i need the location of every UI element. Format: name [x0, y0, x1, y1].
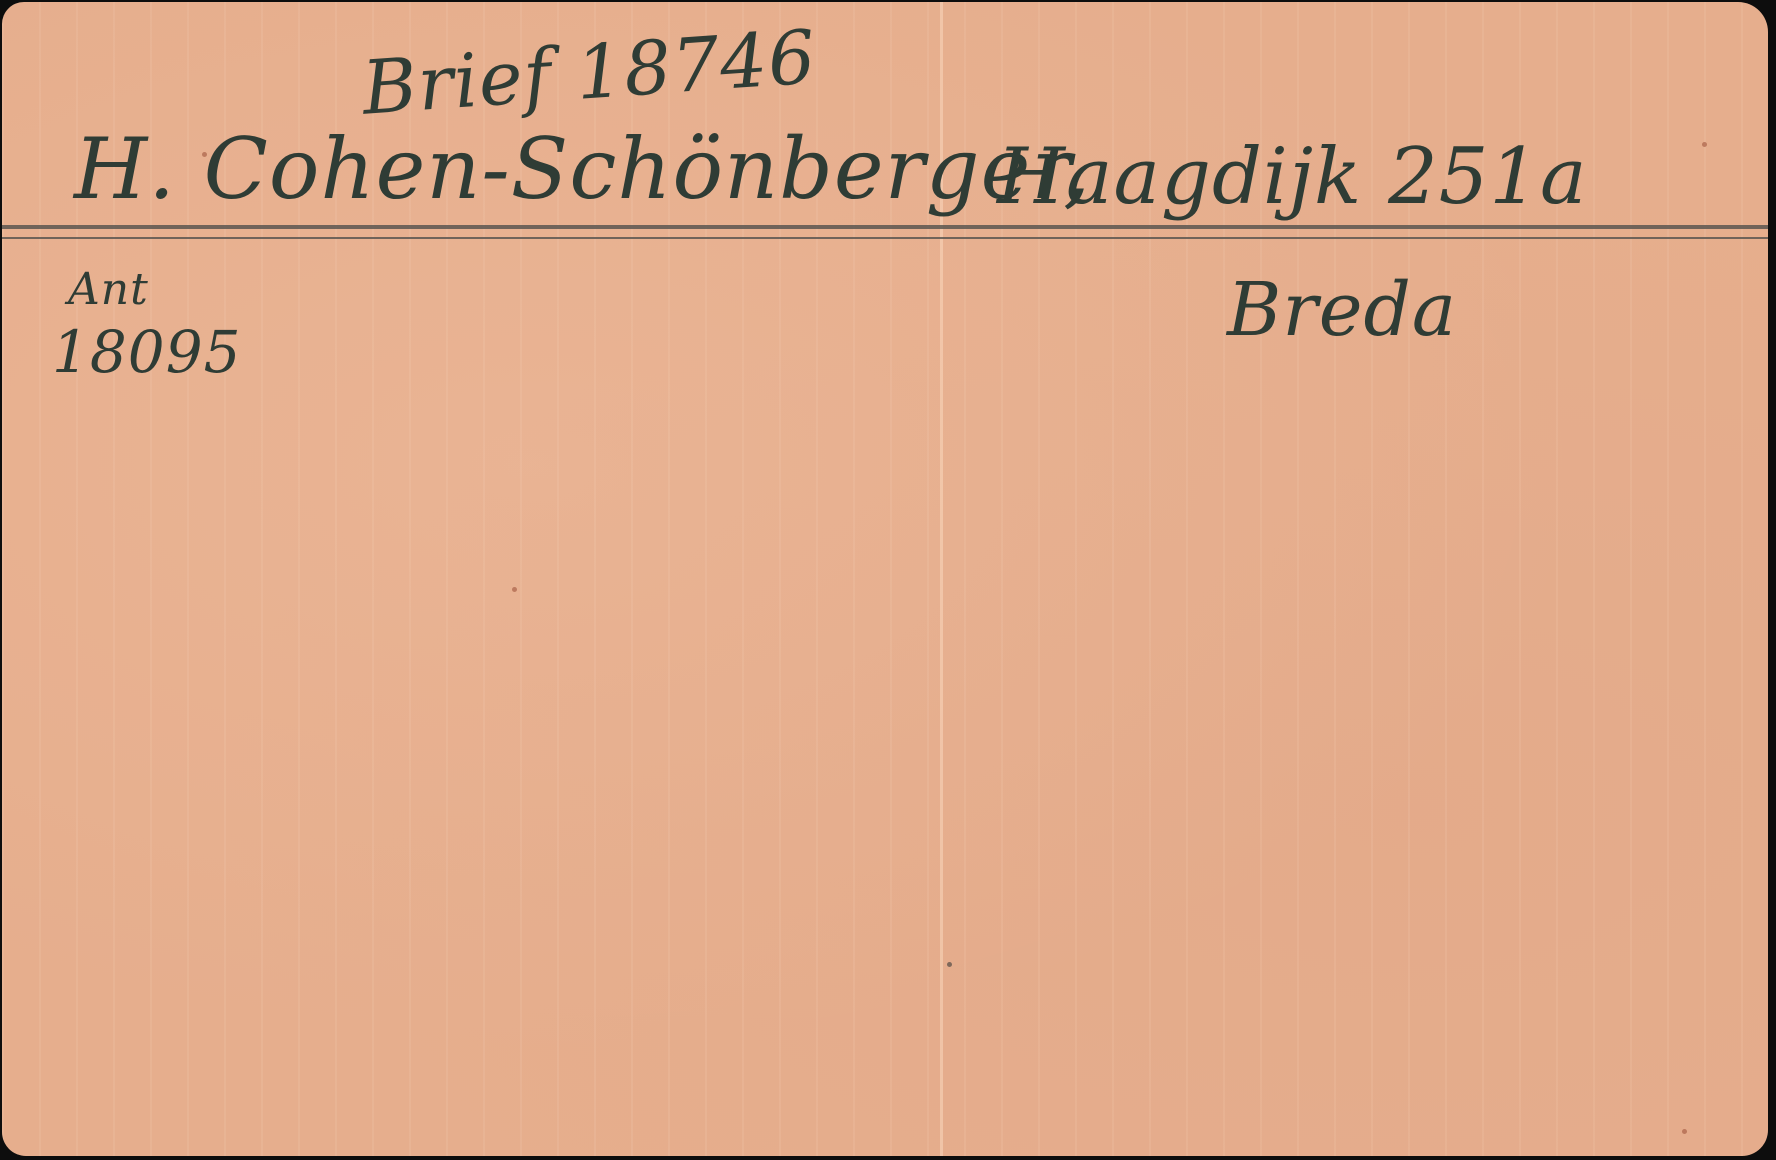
- index-card: Brief 18746 H. Cohen-Schönberger, Haagdi…: [2, 2, 1768, 1156]
- ruled-line-upper: [2, 225, 1768, 229]
- paper-speck: [512, 587, 517, 592]
- header-note: Brief 18746: [360, 14, 819, 131]
- paper-speck: [1682, 1129, 1687, 1134]
- street-address: Haagdijk 251a: [997, 132, 1587, 222]
- ruled-line-lower: [2, 237, 1768, 239]
- paper-speck: [947, 962, 952, 967]
- paper-speck: [202, 152, 207, 157]
- margin-note-label: Ant: [68, 264, 149, 315]
- margin-note-number: 18095: [52, 318, 242, 386]
- paper-speck: [1702, 142, 1707, 147]
- addressee-name: H. Cohen-Schönberger,: [74, 120, 1091, 218]
- city: Breda: [1227, 267, 1457, 353]
